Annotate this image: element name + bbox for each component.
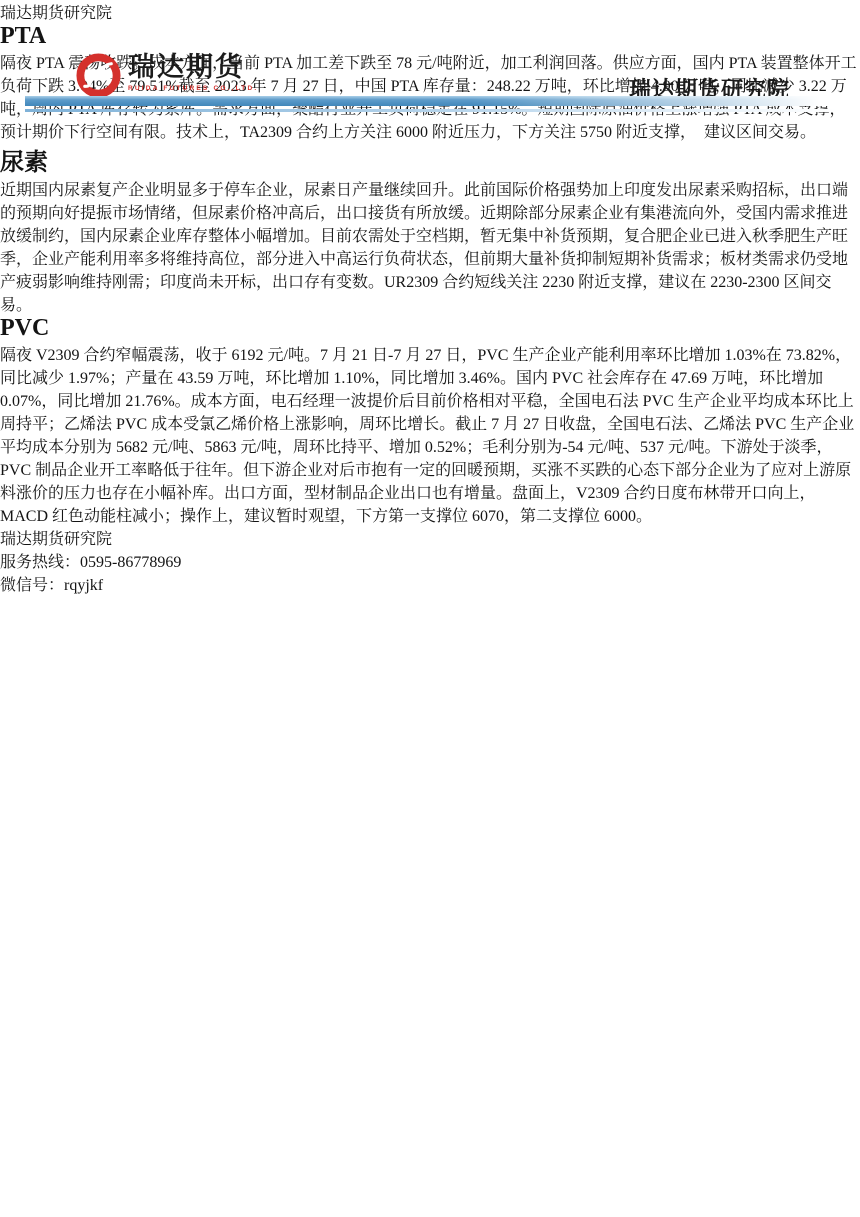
logo-subtitle: RUIDA FUTURES CO.,LTD. bbox=[128, 85, 258, 92]
section-heading-pvc: PVC bbox=[0, 315, 860, 342]
logo-brand-name: 瑞达期货 bbox=[128, 52, 258, 82]
section-paragraph-urea: 近期国内尿素复产企业明显多于停车企业，尿素日产量继续回升。此前国际价格强势加上印… bbox=[0, 177, 860, 315]
diagonal-watermark: 瑞达期货研究院 bbox=[0, 0, 860, 23]
footer-hotline: 服务热线：0595-86778969 bbox=[0, 549, 860, 572]
header-gradient-bar bbox=[25, 96, 837, 106]
company-logo: 瑞达期货 RUIDA FUTURES CO.,LTD. bbox=[75, 52, 258, 99]
section-paragraph-pvc: 隔夜 V2309 合约窄幅震荡，收于 6192 元/吨。7 月 21 日-7 月… bbox=[0, 342, 860, 526]
report-page: 瑞达期货 RUIDA FUTURES CO.,LTD. 瑞达期货研究院 瑞达期货… bbox=[0, 0, 860, 1217]
logo-text: 瑞达期货 RUIDA FUTURES CO.,LTD. bbox=[128, 52, 258, 92]
footer-institute: 瑞达期货研究院 bbox=[0, 526, 860, 549]
footer-wechat: 微信号：rqyjkf bbox=[0, 572, 860, 595]
header-thin-rule bbox=[25, 109, 837, 112]
section-heading-pta: PTA bbox=[0, 23, 860, 50]
ruida-logo-icon bbox=[75, 52, 122, 99]
footer-gradient-rule bbox=[62, 1108, 790, 1114]
section-heading-urea: 尿素 bbox=[0, 142, 860, 177]
